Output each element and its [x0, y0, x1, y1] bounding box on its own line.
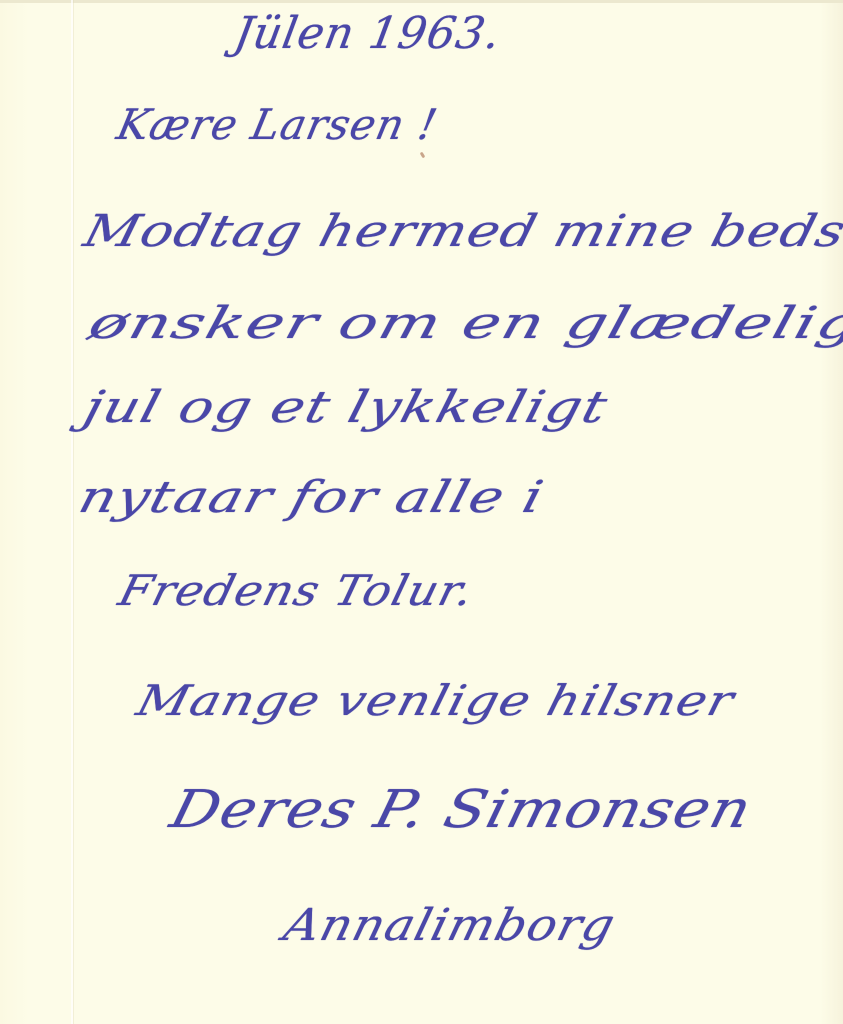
- letter-place: Annalimborg: [279, 900, 621, 951]
- letter-body-line: Modtag hermed mine bedste: [79, 206, 843, 257]
- letter-date: Jülen 1963.: [231, 8, 505, 59]
- letter-signature: Deres P. Simonsen: [165, 780, 759, 840]
- letter-closing: Mange venlige hilsner: [132, 676, 740, 725]
- letter-body-line: nytaar for alle i: [74, 472, 550, 523]
- paper-top-edge: [0, 0, 843, 3]
- letter-body-line: Fredens Tolur.: [114, 566, 479, 615]
- letter-body-line: jul og et lykkeligt: [79, 382, 614, 433]
- letter-body-line: ønsker om en glædelig: [84, 298, 843, 349]
- letter-salutation: Kære Larsen !: [113, 100, 442, 149]
- paper-fold-shadow: [73, 0, 74, 1024]
